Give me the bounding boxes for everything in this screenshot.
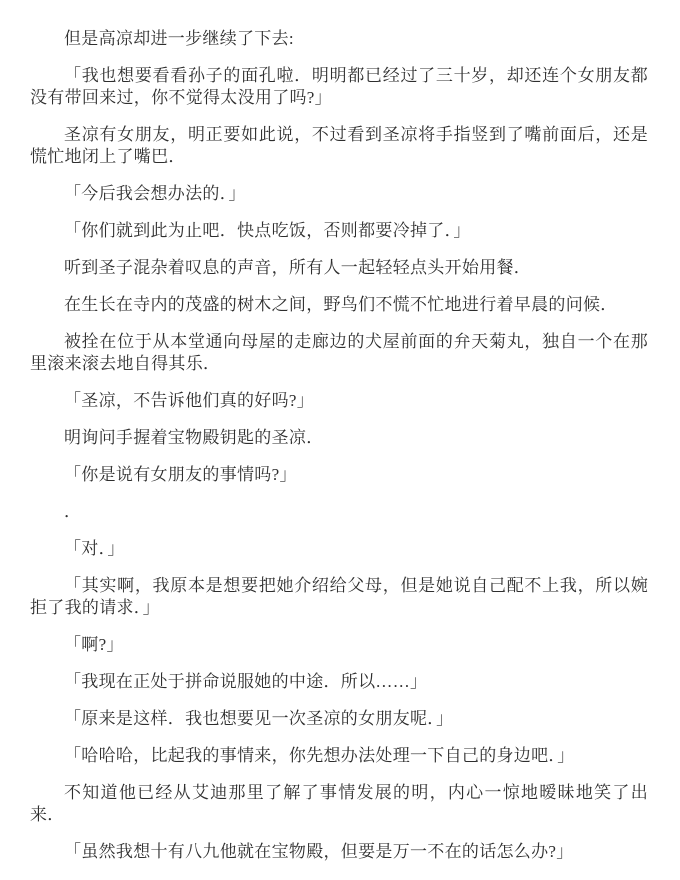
paragraph-dialogue: 「其实啊，我原本是想要把她介绍给父母，但是她说自己配不上我，所以婉拒了我的请求．… (30, 575, 648, 619)
paragraph-dialogue: 「我现在正处于拼命说服她的中途．所以……」 (30, 671, 648, 693)
paragraph-narration: 明询问手握着宝物殿钥匙的圣凉． (30, 427, 648, 449)
paragraph-dialogue: 「今后我会想办法的．」 (30, 183, 648, 205)
paragraph-lone-period: ． (30, 501, 648, 523)
paragraph-dialogue: 「原来是这样．我也想要见一次圣凉的女朋友呢．」 (30, 708, 648, 730)
paragraph-dialogue: 「虽然我想十有八九他就在宝物殿，但要是万一不在的话怎么办?」 (30, 841, 648, 863)
paragraph-dialogue: 「啊?」 (30, 634, 648, 656)
paragraph-narration: 圣凉有女朋友，明正要如此说，不过看到圣凉将手指竖到了嘴前面后，还是慌忙地闭上了嘴… (30, 124, 648, 168)
paragraph-narration: 被拴在位于从本堂通向母屋的走廊边的犬屋前面的弁天菊丸，独自一个在那里滚来滚去地自… (30, 331, 648, 375)
paragraph-dialogue: 「对．」 (30, 538, 648, 560)
paragraph-narration: 在生长在寺内的茂盛的树木之间，野鸟们不慌不忙地进行着早晨的问候． (30, 294, 648, 316)
paragraph-dialogue: 「你是说有女朋友的事情吗?」 (30, 464, 648, 486)
paragraph-dialogue: 「你们就到此为止吧．快点吃饭，否则都要冷掉了．」 (30, 220, 648, 242)
paragraph-dialogue: 「圣凉，不告诉他们真的好吗?」 (30, 390, 648, 412)
novel-text-page: 但是高凉却进一步继续了下去: 「我也想要看看孙子的面孔啦．明明都已经过了三十岁，… (0, 0, 680, 880)
paragraph-dialogue: 「哈哈哈，比起我的事情来，你先想办法处理一下自己的身边吧．」 (30, 745, 648, 767)
paragraph-narration: 不知道他已经从艾迪那里了解了事情发展的明，内心一惊地暧昧地笑了出来． (30, 782, 648, 826)
paragraph-narration: 但是高凉却进一步继续了下去: (30, 28, 648, 50)
paragraph-dialogue: 「我也想要看看孙子的面孔啦．明明都已经过了三十岁，却还连个女朋友都没有带回来过，… (30, 65, 648, 109)
paragraph-narration: 听到圣子混杂着叹息的声音，所有人一起轻轻点头开始用餐． (30, 257, 648, 279)
